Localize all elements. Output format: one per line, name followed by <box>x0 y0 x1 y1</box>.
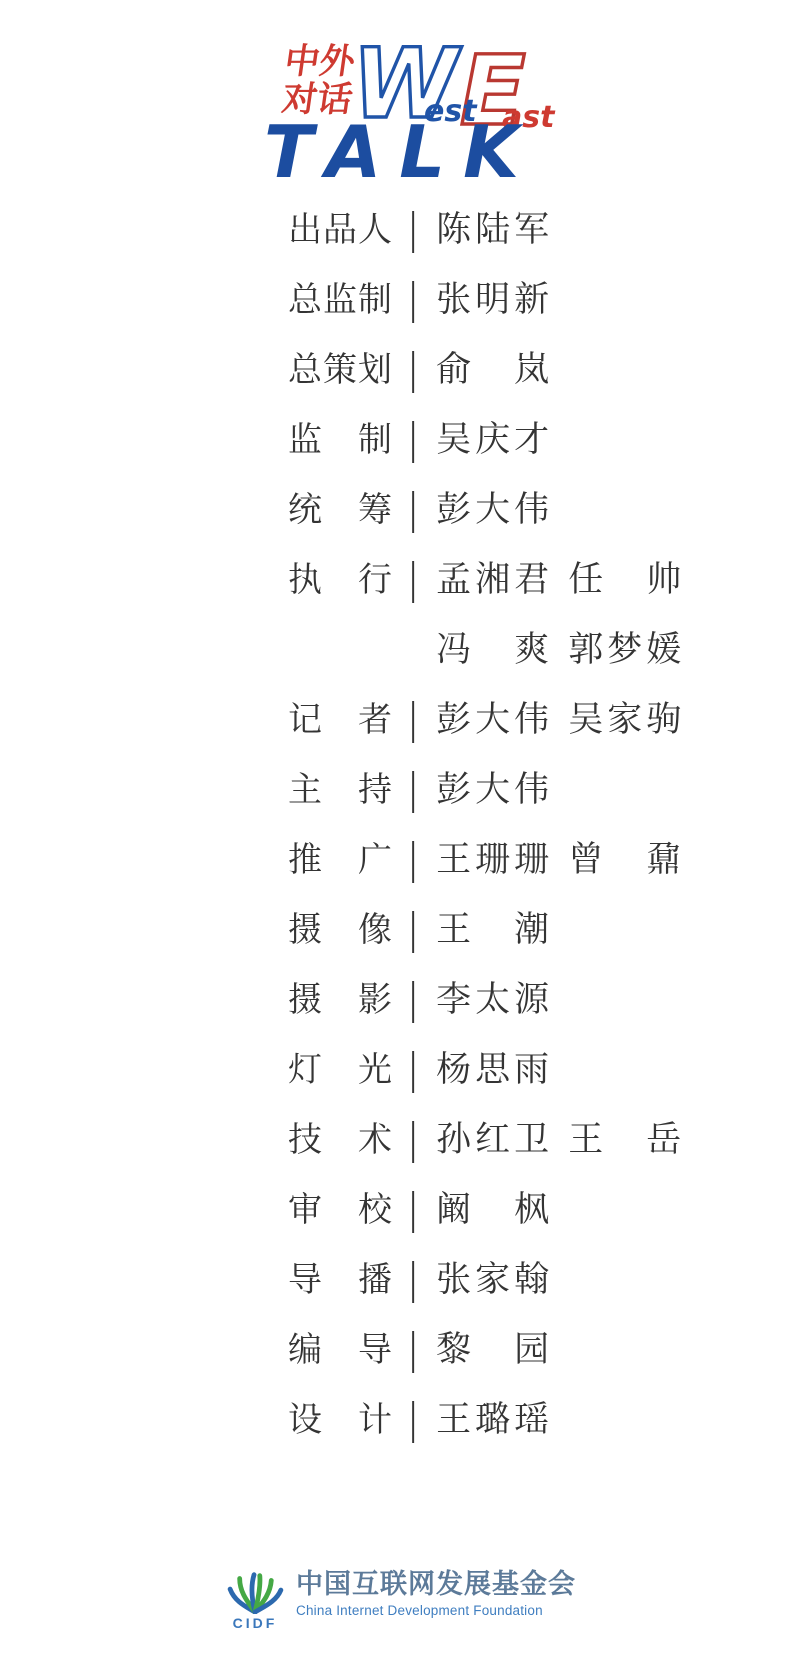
credit-role-char: 记 <box>288 685 322 755</box>
credit-role-char: 主 <box>288 755 322 825</box>
credit-row: 导播 | 张家翰 <box>288 1245 685 1315</box>
cidf-org-name-cn: 中国互联网发展基金会 <box>296 1568 576 1600</box>
credit-role-label: 审校 <box>288 1175 392 1245</box>
credit-names: 阚 枫 <box>436 1175 553 1245</box>
credit-role-char: 者 <box>358 685 392 755</box>
credit-separator: | <box>406 405 420 473</box>
cidf-fan-icon <box>226 1568 284 1614</box>
credit-row: 设计 | 王璐瑶 <box>288 1385 685 1455</box>
credit-name-line: 彭大伟 <box>436 475 553 545</box>
we-talk-logo: 中外 对话 W E est ast TALK <box>256 24 556 186</box>
credit-role-label: 监制 <box>288 405 392 475</box>
credit-role-char: 持 <box>358 755 392 825</box>
credit-role-char: 影 <box>358 965 392 1035</box>
credit-separator: | <box>406 195 420 263</box>
credit-row: 监制 | 吴庆才 <box>288 405 685 475</box>
credit-separator: | <box>406 545 420 613</box>
credit-name-line: 彭大伟 吴家驹 <box>436 685 685 755</box>
logo-cn-block: 中外 对话 <box>277 41 361 120</box>
credit-name-line: 张家翰 <box>436 1245 553 1315</box>
credit-name-line: 黎 园 <box>436 1315 553 1385</box>
credit-name-line: 阚 枫 <box>436 1175 553 1245</box>
credit-name-line: 杨思雨 <box>436 1035 553 1105</box>
credit-role-char: 监 <box>288 405 322 475</box>
credit-name-line: 吴庆才 <box>436 405 553 475</box>
credit-names: 杨思雨 <box>436 1035 553 1105</box>
credit-role-char: 审 <box>288 1175 322 1245</box>
credit-name-line: 王璐瑶 <box>436 1385 553 1455</box>
credit-role-char: 计 <box>358 1385 392 1455</box>
credit-role-label: 灯光 <box>288 1035 392 1105</box>
credit-name-line: 陈陆军 <box>436 195 553 265</box>
credit-role-label: 执行 <box>288 545 392 615</box>
credit-separator: | <box>406 335 420 403</box>
credit-names: 俞 岚 <box>436 335 553 405</box>
credit-role-char: 策 <box>323 335 357 405</box>
credit-role-char: 制 <box>358 405 392 475</box>
credit-separator: | <box>406 755 420 823</box>
cidf-badge: CIDF <box>224 1568 286 1631</box>
cidf-abbr-label: CIDF <box>233 1615 278 1631</box>
credit-role-char: 术 <box>358 1105 392 1175</box>
credit-role-label: 记者 <box>288 685 392 755</box>
credit-row: 推广 | 王珊珊 曾 鼐 <box>288 825 685 895</box>
credit-role-char: 总 <box>288 335 322 405</box>
credit-name-line: 孟湘君 任 帅 <box>436 545 685 615</box>
credit-role-char: 行 <box>358 545 392 615</box>
credit-role-char: 摄 <box>288 965 322 1035</box>
credit-role-char: 灯 <box>288 1035 322 1105</box>
footer-sponsor: CIDF 中国互联网发展基金会 China Internet Developme… <box>0 1568 800 1631</box>
credit-row: 摄像 | 王 潮 <box>288 895 685 965</box>
credit-separator: | <box>406 685 420 753</box>
credit-role-char: 校 <box>358 1175 392 1245</box>
credit-role-char: 导 <box>288 1245 322 1315</box>
credit-role-char: 出 <box>288 195 322 265</box>
credits-list: 出品人 | 陈陆军 总监制 | 张明新 总策划 | 俞 岚 监制 | 吴庆才 统… <box>288 195 685 1455</box>
credit-role-char: 监 <box>323 265 357 335</box>
credit-role-char: 执 <box>288 545 322 615</box>
credit-name-line: 张明新 <box>436 265 553 335</box>
credit-name-line: 冯 爽 郭梦媛 <box>436 615 685 685</box>
credit-role-char: 设 <box>288 1385 322 1455</box>
credit-role-label: 推广 <box>288 825 392 895</box>
credit-names: 黎 园 <box>436 1315 553 1385</box>
credit-names: 吴庆才 <box>436 405 553 475</box>
credit-names: 张明新 <box>436 265 553 335</box>
credit-role-char: 人 <box>358 195 392 265</box>
credit-separator: | <box>406 965 420 1033</box>
credit-role-label: 设计 <box>288 1385 392 1455</box>
credit-separator: | <box>406 475 420 543</box>
credit-role-label: 编导 <box>288 1315 392 1385</box>
credit-role-char: 播 <box>358 1245 392 1315</box>
credit-row: 灯光 | 杨思雨 <box>288 1035 685 1105</box>
credit-names: 张家翰 <box>436 1245 553 1315</box>
credit-role-char: 推 <box>288 825 322 895</box>
credit-role-char: 技 <box>288 1105 322 1175</box>
cidf-org-text: 中国互联网发展基金会 China Internet Development Fo… <box>296 1568 576 1620</box>
credit-role-label: 技术 <box>288 1105 392 1175</box>
credit-name-line: 彭大伟 <box>436 755 553 825</box>
credit-separator: | <box>406 1245 420 1313</box>
credit-name-line: 王 潮 <box>436 895 553 965</box>
credit-role-char: 编 <box>288 1315 322 1385</box>
credit-name-line: 俞 岚 <box>436 335 553 405</box>
credit-names: 李太源 <box>436 965 553 1035</box>
credit-separator: | <box>406 825 420 893</box>
cidf-org-name-en: China Internet Development Foundation <box>296 1602 576 1620</box>
credit-role-label: 摄影 <box>288 965 392 1035</box>
credit-role-char: 划 <box>358 335 392 405</box>
credit-names: 王 潮 <box>436 895 553 965</box>
credit-role-label: 导播 <box>288 1245 392 1315</box>
credit-row: 技术 | 孙红卫 王 岳 <box>288 1105 685 1175</box>
credit-names: 彭大伟 <box>436 475 553 545</box>
logo-talk: TALK <box>264 110 537 186</box>
credit-row: 统筹 | 彭大伟 <box>288 475 685 545</box>
credit-role-label: 总监制 <box>288 265 392 335</box>
credit-name-line: 王珊珊 曾 鼐 <box>436 825 685 895</box>
credit-separator: | <box>406 1315 420 1383</box>
credit-name-line: 孙红卫 王 岳 <box>436 1105 685 1175</box>
credit-name-line: 李太源 <box>436 965 553 1035</box>
credit-role-label: 摄像 <box>288 895 392 965</box>
credit-row: 主持 | 彭大伟 <box>288 755 685 825</box>
credit-separator: | <box>406 895 420 963</box>
credit-role-label: 统筹 <box>288 475 392 545</box>
credit-role-char: 广 <box>358 825 392 895</box>
credit-names: 孙红卫 王 岳 <box>436 1105 685 1175</box>
credit-names: 孟湘君 任 帅冯 爽 郭梦媛 <box>436 545 685 685</box>
credit-row: 记者 | 彭大伟 吴家驹 <box>288 685 685 755</box>
credit-names: 陈陆军 <box>436 195 553 265</box>
credit-role-char: 统 <box>288 475 322 545</box>
credit-role-label: 主持 <box>288 755 392 825</box>
credit-role-char: 总 <box>288 265 322 335</box>
credit-role-char: 制 <box>358 265 392 335</box>
credit-row: 总监制 | 张明新 <box>288 265 685 335</box>
credit-role-char: 摄 <box>288 895 322 965</box>
credit-role-char: 像 <box>358 895 392 965</box>
credit-row: 出品人 | 陈陆军 <box>288 195 685 265</box>
credit-names: 彭大伟 <box>436 755 553 825</box>
credit-row: 编导 | 黎 园 <box>288 1315 685 1385</box>
credit-row: 总策划 | 俞 岚 <box>288 335 685 405</box>
credit-names: 彭大伟 吴家驹 <box>436 685 685 755</box>
credit-role-label: 总策划 <box>288 335 392 405</box>
credit-separator: | <box>406 1105 420 1173</box>
credit-role-label: 出品人 <box>288 195 392 265</box>
credit-row: 审校 | 阚 枫 <box>288 1175 685 1245</box>
credit-role-char: 导 <box>358 1315 392 1385</box>
logo-cn-line1: 中外 <box>282 41 359 82</box>
credit-separator: | <box>406 1385 420 1453</box>
credit-row: 摄影 | 李太源 <box>288 965 685 1035</box>
credit-names: 王珊珊 曾 鼐 <box>436 825 685 895</box>
credit-row: 执行 | 孟湘君 任 帅冯 爽 郭梦媛 <box>288 545 685 685</box>
credit-role-char: 光 <box>358 1035 392 1105</box>
credit-names: 王璐瑶 <box>436 1385 553 1455</box>
credit-role-char: 筹 <box>358 475 392 545</box>
credit-separator: | <box>406 1035 420 1103</box>
we-talk-logo-svg: 中外 对话 W E est ast TALK <box>256 24 556 186</box>
credit-separator: | <box>406 265 420 333</box>
credit-separator: | <box>406 1175 420 1243</box>
credit-role-char: 品 <box>323 195 357 265</box>
